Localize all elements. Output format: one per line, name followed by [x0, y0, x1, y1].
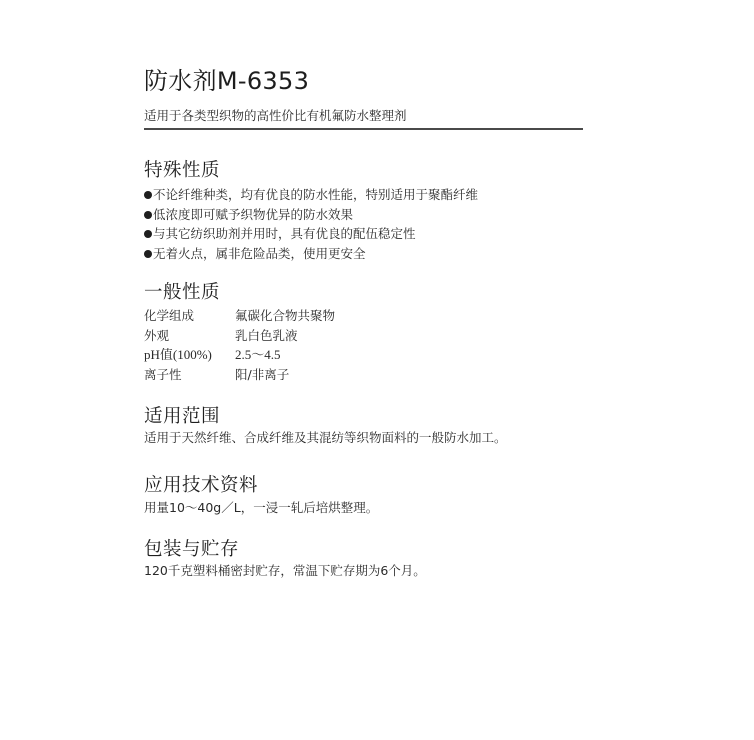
table-row: 离子性 阳/非离子 [144, 365, 584, 385]
list-item-text: 与其它纺织助剂并用时，具有优良的配伍稳定性 [153, 226, 416, 241]
list-item: 低浓度即可赋予织物优异的防水效果 [144, 205, 584, 225]
product-subtitle: 适用于各类型织物的高性价比有机氟防水整理剂 [144, 108, 407, 124]
section-technical-data: 应用技术资料 用量10～40g／L，一浸一轧后培烘整理。 [144, 474, 584, 518]
section-general-properties: 一般性质 化学组成 氟碳化合物共聚物 外观 乳白色乳液 pH值(100%) 2.… [144, 281, 584, 384]
property-value: 乳白色乳液 [235, 326, 298, 346]
title-divider [144, 128, 583, 130]
property-key: 化学组成 [144, 306, 235, 326]
list-item: 与其它纺织助剂并用时，具有优良的配伍稳定性 [144, 224, 584, 244]
bullet-icon [144, 211, 152, 219]
properties-table: 化学组成 氟碳化合物共聚物 外观 乳白色乳液 pH值(100%) 2.5～4.5… [144, 306, 584, 384]
list-item: 不论纤维种类，均有优良的防水性能，特别适用于聚酯纤维 [144, 185, 584, 205]
section-body: 用量10～40g／L，一浸一轧后培烘整理。 [144, 498, 584, 518]
section-heading: 特殊性质 [144, 159, 584, 183]
property-key: 离子性 [144, 365, 235, 385]
bullet-icon [144, 191, 152, 199]
product-title: 防水剂M-6353 [144, 66, 309, 96]
list-item-text: 低浓度即可赋予织物优异的防水效果 [153, 207, 353, 222]
list-item-text: 无着火点，属非危险品类，使用更安全 [153, 246, 366, 261]
section-heading: 适用范围 [144, 405, 584, 429]
section-body: 120千克塑料桶密封贮存，常温下贮存期为6个月。 [144, 561, 584, 581]
section-heading: 包装与贮存 [144, 538, 584, 562]
bullet-icon [144, 250, 152, 258]
section-packaging-storage: 包装与贮存 120千克塑料桶密封贮存，常温下贮存期为6个月。 [144, 538, 584, 581]
section-heading: 一般性质 [144, 281, 584, 305]
property-value: 2.5～4.5 [235, 345, 281, 365]
list-item-text: 不论纤维种类，均有优良的防水性能，特别适用于聚酯纤维 [153, 187, 478, 202]
section-body: 适用于天然纤维、合成纤维及其混纺等织物面料的一般防水加工。 [144, 428, 584, 448]
property-key: pH值(100%) [144, 345, 235, 365]
section-heading: 应用技术资料 [144, 474, 584, 498]
table-row: 化学组成 氟碳化合物共聚物 [144, 306, 584, 326]
list-item: 无着火点，属非危险品类，使用更安全 [144, 244, 584, 264]
section-special-properties: 特殊性质 不论纤维种类，均有优良的防水性能，特别适用于聚酯纤维 低浓度即可赋予织… [144, 159, 584, 263]
property-value: 阳/非离子 [235, 365, 289, 385]
section-application-scope: 适用范围 适用于天然纤维、合成纤维及其混纺等织物面料的一般防水加工。 [144, 405, 584, 448]
property-value: 氟碳化合物共聚物 [235, 306, 335, 326]
table-row: 外观 乳白色乳液 [144, 326, 584, 346]
property-key: 外观 [144, 326, 235, 346]
table-row: pH值(100%) 2.5～4.5 [144, 345, 584, 365]
bullet-icon [144, 230, 152, 238]
